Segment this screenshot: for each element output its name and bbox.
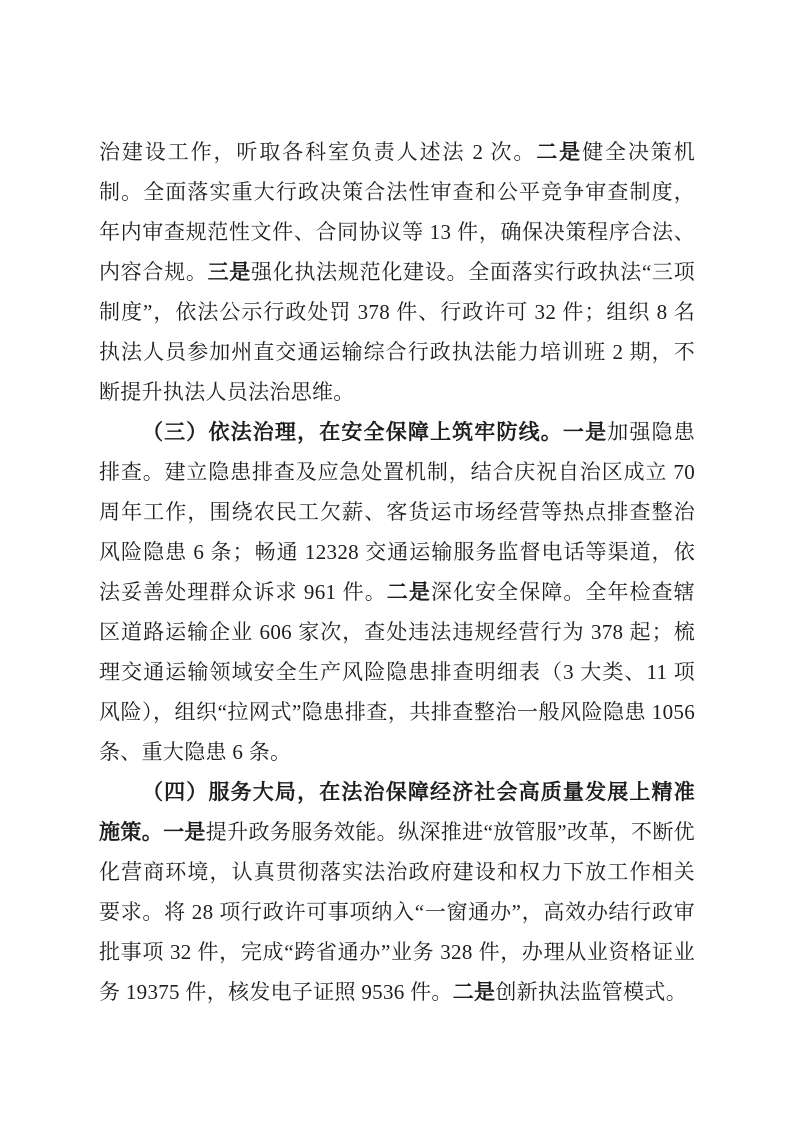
text-run-bold: 一是: [563, 420, 607, 444]
document-body: 治建设工作，听取各科室负责人述法 2 次。二是健全决策机制。全面落实重大行政决策…: [99, 132, 695, 1012]
text-run-heading: （三）依法治理，在安全保障上筑牢防线。: [142, 420, 563, 444]
text-run-normal: 创新执法监管模式。: [495, 980, 687, 1004]
text-run-bold: 二是: [536, 140, 582, 164]
document-page: 治建设工作，听取各科室负责人述法 2 次。二是健全决策机制。全面落实重大行政决策…: [0, 0, 793, 1122]
text-run-normal: 加强隐患排查。建立隐患排查及应急处置机制，结合庆祝自治区成立 70 周年工作，围…: [99, 420, 695, 604]
text-run-bold: 二是: [453, 980, 496, 1004]
text-run-bold: 二是: [387, 580, 431, 604]
text-run-bold: 一是: [163, 820, 206, 844]
paragraph-section-three-safety-governance: （三）依法治理，在安全保障上筑牢防线。一是加强隐患排查。建立隐患排查及应急处置机…: [99, 412, 695, 772]
paragraph-continuation-rule-of-law-building: 治建设工作，听取各科室负责人述法 2 次。二是健全决策机制。全面落实重大行政决策…: [99, 132, 695, 412]
paragraph-section-four-serving-overall-development: （四）服务大局，在法治保障经济社会高质量发展上精准施策。一是提升政务服务效能。纵…: [99, 772, 695, 1012]
text-run-normal: 提升政务服务效能。纵深推进“放管服”改革，不断优化营商环境，认真贯彻落实法治政府…: [99, 820, 695, 1004]
text-run-normal: 深化安全保障。全年检查辖区道路运输企业 606 家次，查处违法违规经营行为 37…: [99, 580, 695, 764]
text-run-normal: 治建设工作，听取各科室负责人述法 2 次。: [99, 140, 536, 164]
text-run-bold: 三是: [208, 260, 251, 284]
